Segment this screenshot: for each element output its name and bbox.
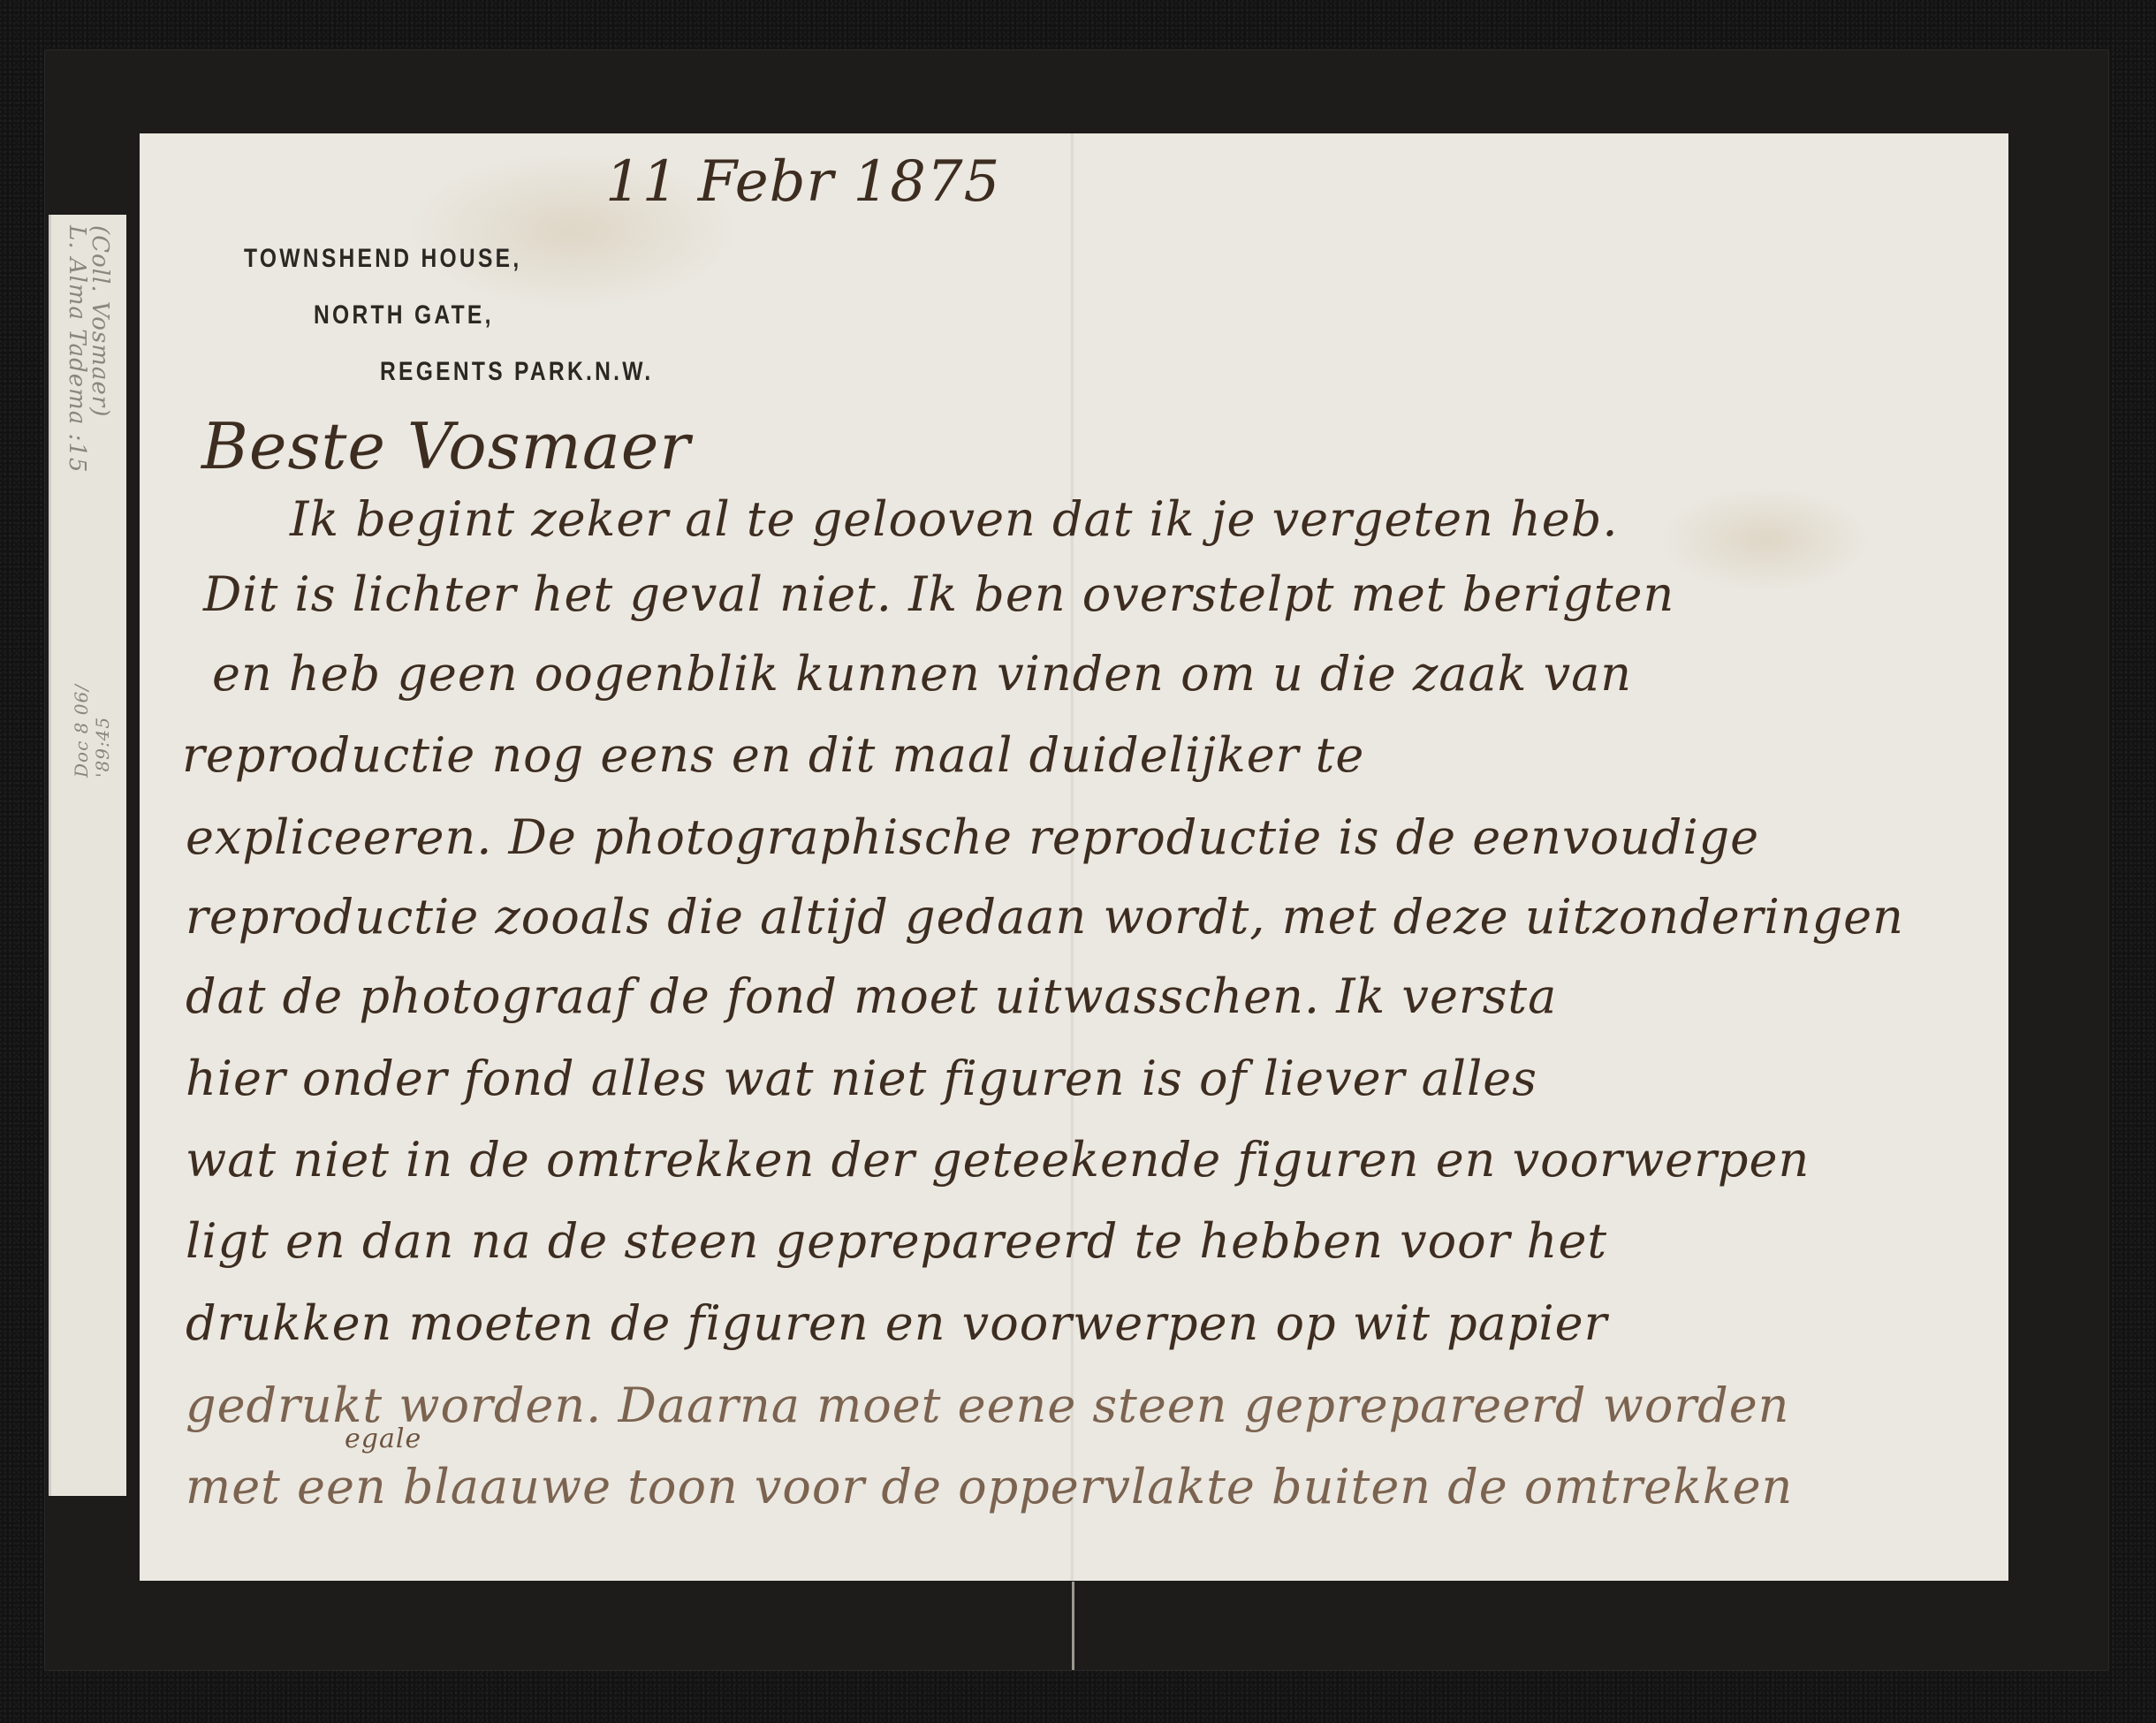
body-line: drukken moeten de figuren en voorwerpen … [186, 1295, 1607, 1351]
letterhead-line-3: REGENTS PARK.N.W. [380, 357, 654, 387]
body-line: ligt en dan na de steen geprepareerd te … [186, 1213, 1607, 1269]
body-line: expliceeren. De photographische reproduc… [186, 809, 1759, 865]
body-line: reproductie nog eens en dit maal duideli… [182, 727, 1364, 783]
body-line: en heb geen oogenblik kunnen vinden om u… [212, 646, 1632, 702]
body-line: hier onder fond alles wat niet figuren i… [186, 1051, 1537, 1106]
body-line: met een blaauwe toon voor de oppervlakte… [186, 1459, 1793, 1514]
foxing-stain [1659, 487, 1871, 593]
body-line: Dit is lichter het geval niet. Ik ben ov… [203, 566, 1674, 622]
letter-page: TOWNSHEND HOUSE, NORTH GATE, REGENTS PAR… [140, 133, 2008, 1581]
archive-author-note: L. Alma Tadema :15 [64, 225, 90, 473]
fold-crease [1072, 1582, 1074, 1670]
body-line: wat niet in de omtrekken der geteekende … [186, 1132, 1810, 1188]
body-line: dat de photograaf de fond moet uitwassch… [186, 968, 1557, 1024]
body-line: gedrukt worden. Daarna moet eene steen g… [186, 1378, 1789, 1433]
interlinear-insertion: egale [345, 1423, 421, 1454]
body-line: Ik begint zeker al te gelooven dat ik je… [290, 491, 1618, 547]
body-line: reproductie zooals die altijd gedaan wor… [186, 889, 1904, 945]
archive-collection-note: (Coll. Vosmaer) [87, 225, 113, 417]
letter-date: 11 Febr 1875 [605, 149, 1000, 215]
letterhead-line-1: TOWNSHEND HOUSE, [244, 244, 521, 274]
letterhead-line-2: NORTH GATE, [314, 300, 494, 330]
archive-doc-ref: Doc 8 06/ [71, 684, 92, 778]
salutation: Beste Vosmaer [201, 409, 691, 483]
archive-doc-ref-2: '89:45 [92, 717, 113, 778]
